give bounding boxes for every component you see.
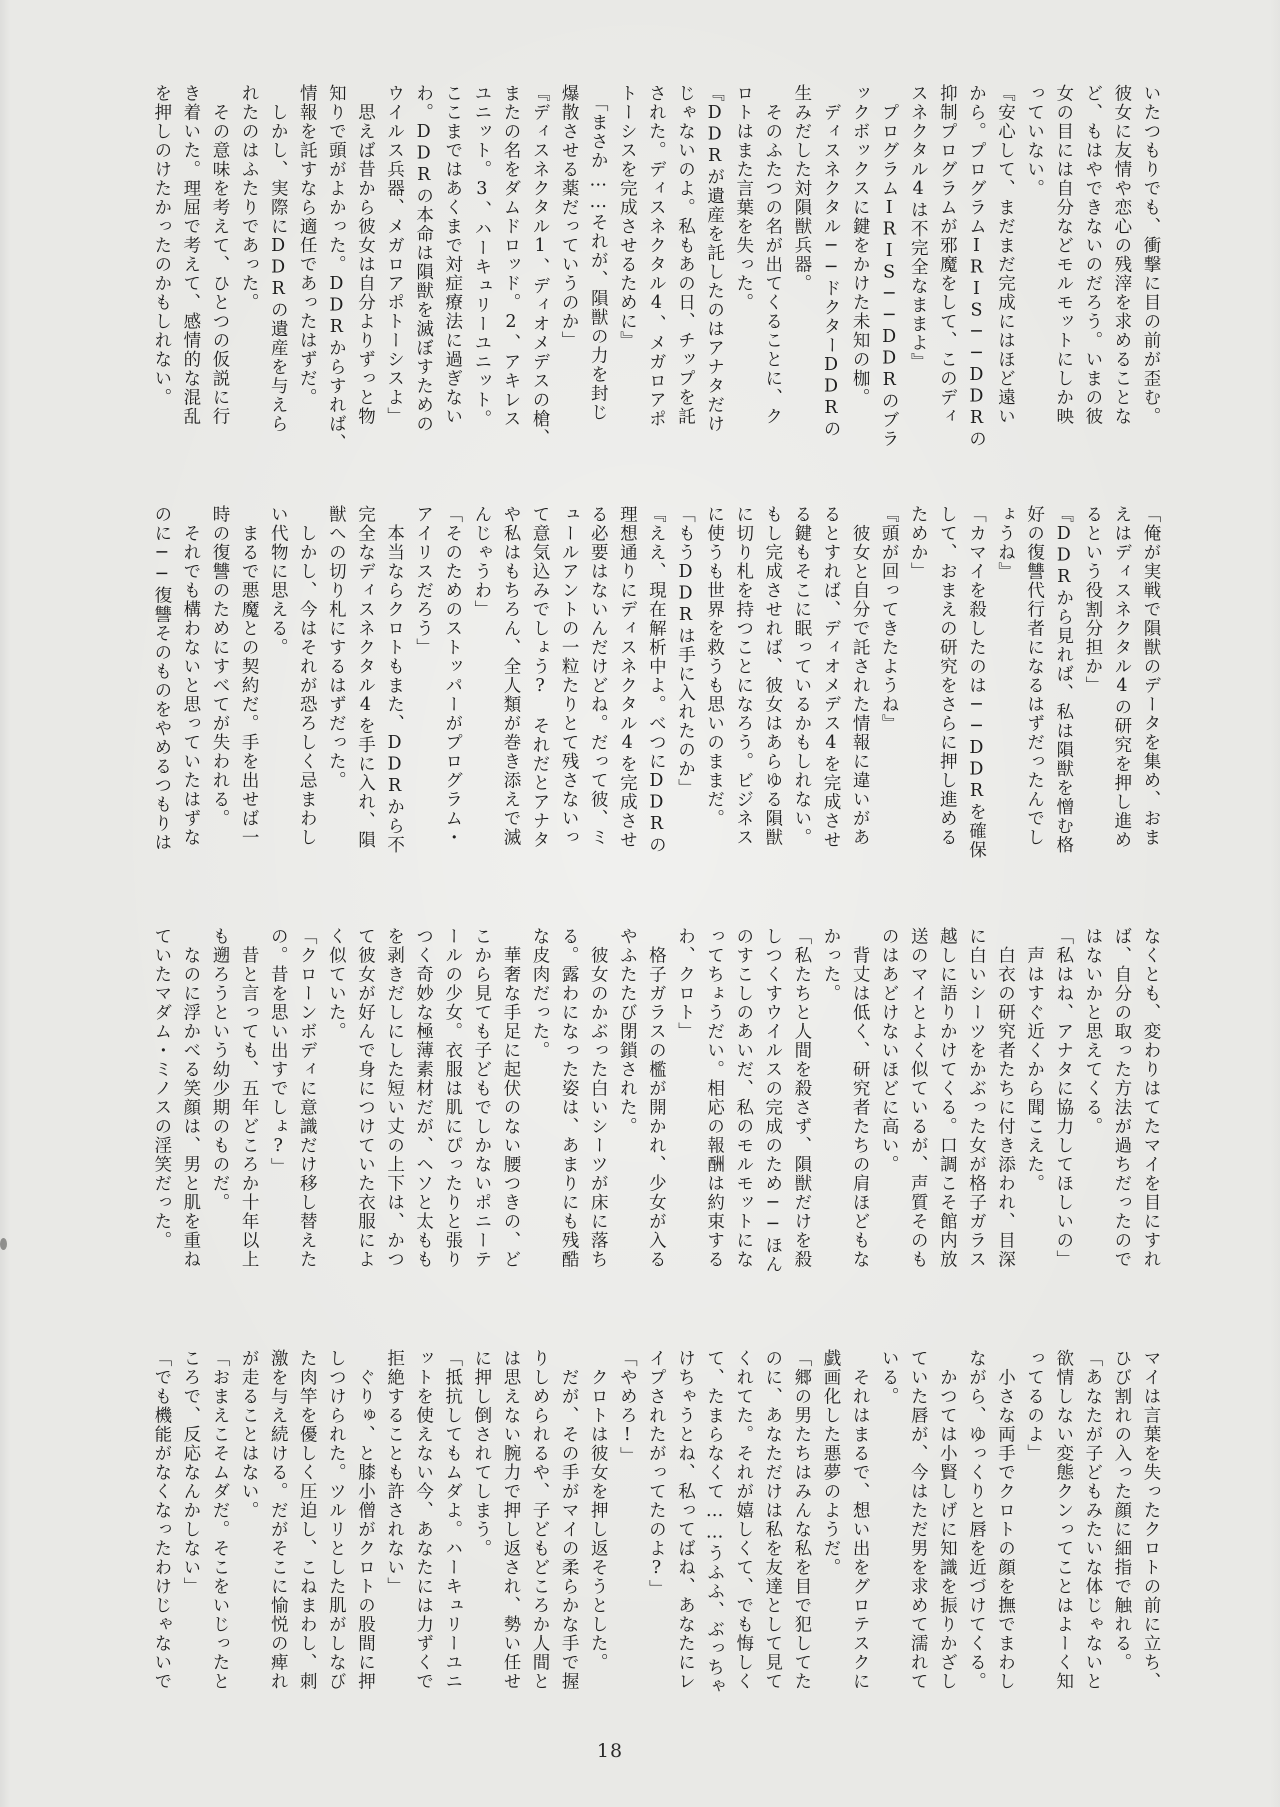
text-column: ころで、反応なんかしない」 (176, 1349, 205, 1721)
text-column: 「抵抗してもムダよ。ハーキュリーユニ (438, 1349, 467, 1721)
text-column: そのふたつの名が出てくることに、ク (758, 84, 787, 456)
text-column: その意味を考えて、ひとつの仮説に行 (205, 84, 234, 456)
text-column: き着いた。理屈で考えて、感情的な混乱 (176, 84, 205, 456)
text-column: 「でも機能がなくなったわけじゃないで (147, 1349, 176, 1721)
text-column: りしめられるや、子どもどころか人間と (525, 1349, 554, 1721)
text-column: から。プログラムIRIS──DDRの (961, 84, 990, 456)
text-column: 彼女と自分で託された情報に違いがあ (845, 505, 874, 877)
text-column: 背丈は低く、研究者たちの肩ほどもな (845, 927, 874, 1299)
text-column: 「クローンボディに意識だけ移し替えた (292, 927, 321, 1299)
text-column: んじゃうわ」 (467, 505, 496, 877)
text-column: ールの少女。衣服は肌にぴったりと張り (438, 927, 467, 1299)
text-column: まるで悪魔との契約だ。手を出せば一 (234, 505, 263, 877)
text-column: もし完成させれば、彼女はあらゆる隕獣 (758, 505, 787, 877)
text-column: いる。 (874, 1349, 903, 1721)
text-column: 好の復讐代行者になるはずだったんでし (1020, 505, 1049, 877)
text-column: て意気込みでしょう? それだとアナタ (525, 505, 554, 877)
text-column: 「郷の男たちはみんな私を目で犯してた (787, 1349, 816, 1721)
text-column: 欲情しない変態クンってことはよーく知 (1049, 1349, 1078, 1721)
text-column: に白いシーツをかぶった女が格子ガラス (961, 927, 990, 1299)
text-column: された。ディスネクタル4、メガロアポ (641, 84, 670, 456)
text-column: ば、自分の取った方法が過ちだったので (1107, 927, 1136, 1299)
text-column: けちゃうとね、私ってばね、あなたにレ (670, 1349, 699, 1721)
text-column: ディスネクタル──ドクターDDRの (816, 84, 845, 456)
text-column: ひび割れの入った顔に細指で触れる。 (1107, 1349, 1136, 1721)
text-column: 爆散させる薬だっていうのか」 (554, 84, 583, 456)
text-column: 「おまえこそムダだ。そこをいじったと (205, 1349, 234, 1721)
text-column: は思えない腕力で押し返され、勢い任せ (496, 1349, 525, 1721)
text-column: く似ていた。 (321, 927, 350, 1299)
text-column: しつけられた。ツルリとした肌がしなび (321, 1349, 350, 1721)
text-band-4: マイは言葉を失ったクロトの前に立ち、ひび割れの入った顔に細指で触れる。「あなたが… (141, 1349, 1165, 1725)
text-column: 彼女のかぶった白いシーツが床に落ち (583, 927, 612, 1299)
text-column: 彼女に友情や恋心の残滓を求めることな (1107, 84, 1136, 456)
text-column: のはあどけないほどに高い。 (874, 927, 903, 1299)
text-column: だが、その手がマイの柔らかな手で握 (554, 1349, 583, 1721)
text-column: またの名をダムドロッド。2、アキレス (496, 84, 525, 456)
text-column: 拒絶することも許されない」 (379, 1349, 408, 1721)
text-column: ってちょうだい。相応の報酬は約束する (700, 927, 729, 1299)
text-column: 白衣の研究者たちに付き添われ、目深 (990, 927, 1019, 1299)
text-column: プログラムIRIS──DDRのブラ (874, 84, 903, 456)
text-column: な皮肉だった。 (525, 927, 554, 1299)
text-column: 小さな両手でクロトの顔を撫でまわし (990, 1349, 1019, 1721)
text-column: 情報を託すなら適任であったはずだ。 (292, 84, 321, 456)
text-column: こから見ても子どもでしかないポニーテ (467, 927, 496, 1299)
text-column: トーシスを完成させるために』 (612, 84, 641, 456)
text-column: 本当ならクロトもまた、DDRから不 (379, 505, 408, 877)
text-column: して、おまえの研究をさらに押し進める (932, 505, 961, 877)
text-column: の。昔を思い出すでしょ?」 (263, 927, 292, 1299)
text-column: かつては小賢しげに知識を振りかざし (932, 1349, 961, 1721)
text-column: に使うも世界を救うも思いのままだ。 (700, 505, 729, 877)
text-column: ょうね』 (990, 505, 1019, 877)
text-column: る必要はないんだけどね。だって彼、ミ (583, 505, 612, 877)
text-column: くれてた。それが嬉しくて、でも悔しく (729, 1349, 758, 1721)
text-column: 華奢な手足に起伏のない腰つきの、ど (496, 927, 525, 1299)
text-column: 昔と言っても、五年どころか十年以上 (234, 927, 263, 1299)
text-column: しつくすウイルスの完成のため──ほん (758, 927, 787, 1299)
text-column: い代物に思える。 (263, 505, 292, 877)
text-column: っていない。 (1020, 84, 1049, 456)
text-column: るとすれば、ディオメデス4を完成させ (816, 505, 845, 877)
text-column: 「私たちと人間を殺さず、隕獣だけを殺 (787, 927, 816, 1299)
text-column: を押しのけたかったのかもしれない。 (147, 84, 176, 456)
text-column: るという役割分担か」 (1078, 505, 1107, 877)
text-column: 『安心して、まだまだ完成にはほど遠い (990, 84, 1019, 456)
text-column: 『DDRが遺産を託したのはアナタだけ (700, 84, 729, 456)
text-column: ためか」 (903, 505, 932, 877)
text-column: それはまるで、想い出をグロテスクに (845, 1349, 874, 1721)
text-column: 女の目には自分などモルモットにしか映 (1049, 84, 1078, 456)
text-column: 声はすぐ近くから聞こえた。 (1020, 927, 1049, 1299)
text-column: 完全なディスネクタル4を手に入れ、隕 (350, 505, 379, 877)
text-column: 知りで頭がよかった。DDRからすれば、 (321, 84, 350, 456)
text-column: アイリスだろう」 (409, 505, 438, 877)
text-column: て、たまらなくて……うふふ、ぶっちゃ (700, 1349, 729, 1721)
text-column: に切り札を持つことになろう。ビジネス (729, 505, 758, 877)
text-column: ユニット。3、ハーキュリーユニット。 (467, 84, 496, 456)
text-column: なのに浮かべる笑顔は、男と肌を重ね (176, 927, 205, 1299)
scanned-page: いたつもりでも、衝撃に目の前が歪む。彼女に友情や恋心の残滓を求めることなど、もは… (0, 0, 1280, 1807)
text-column: ウイルス兵器、メガロアポトーシスよ」 (379, 84, 408, 456)
text-column: ど、もはやできないのだろう。いまの彼 (1078, 84, 1107, 456)
text-column: た肉竿を優しく圧迫し、こねまわし、刺 (292, 1349, 321, 1721)
text-column: ロトはまた言葉を失った。 (729, 84, 758, 456)
text-column: ってるのよ」 (1020, 1349, 1049, 1721)
text-column: ぐりゅ、と膝小僧がクロトの股間に押 (350, 1349, 379, 1721)
text-column: 「やめろ!」 (612, 1349, 641, 1721)
text-column: ていた唇が、今はただ男を求めて濡れて (903, 1349, 932, 1721)
text-column: 時の復讐のためにすべてが失われる。 (205, 505, 234, 877)
text-column: わ。DDRの本命は隕獣を滅ぼすための (409, 84, 438, 456)
text-column: 格子ガラスの檻が開かれ、少女が入る (641, 927, 670, 1299)
text-column: 越しに語りかけてくる。口調こそ館内放 (932, 927, 961, 1299)
text-band-1: いたつもりでも、衝撃に目の前が歪む。彼女に友情や恋心の残滓を求めることなど、もは… (141, 84, 1165, 460)
text-column: 「あなたが子どもみたいな体じゃないと (1078, 1349, 1107, 1721)
text-column: 『頭が回ってきたようね』 (874, 505, 903, 877)
text-column: ックボックスに鍵をかけた未知の枷。 (845, 84, 874, 456)
text-column: ュールアントの一粒たりとて残さないっ (554, 505, 583, 877)
text-column: それでも構わないと思っていたはずな (176, 505, 205, 877)
text-column: を剥きだしにした短い丈の上下は、かつ (379, 927, 408, 1299)
text-column: じゃないのよ。私もあの日、チップを託 (670, 84, 699, 456)
text-column: かった。 (816, 927, 845, 1299)
text-column: えはディスネクタル4の研究を押し進め (1107, 505, 1136, 877)
text-column: わ、クロト」 (670, 927, 699, 1299)
page-number: 18 (0, 1740, 1220, 1762)
text-column: 抑制プログラムが邪魔をして、このディ (932, 84, 961, 456)
text-column: る。露わになった姿は、あまりにも残酷 (554, 927, 583, 1299)
text-column: つく奇妙な極薄素材だが、ヘソと太もも (409, 927, 438, 1299)
text-column: のに──復讐そのものをやめるつもりは (147, 505, 176, 877)
text-column: 戯画化した悪夢のようだ。 (816, 1349, 845, 1721)
text-column: ていたマダム・ミノスの淫笑だった。 (147, 927, 176, 1299)
text-column: 「まさか……それが、隕獣の力を封じ (583, 84, 612, 456)
text-column: て彼女が好んで身につけていた衣服によ (350, 927, 379, 1299)
text-column: 『ええ、現在解析中よ。べつにDDRの (641, 505, 670, 877)
scan-speck (0, 1238, 7, 1250)
text-column: マイは言葉を失ったクロトの前に立ち、 (1136, 1349, 1165, 1721)
text-column: る鍵もそこに眠っているかもしれない。 (787, 505, 816, 877)
text-column: ットを使えない今、あなたには力ずくで (409, 1349, 438, 1721)
text-column: 理想通りにディスネクタル4を完成させ (612, 505, 641, 877)
text-band-3: なくとも、変わりはてたマイを目にすれば、自分の取った方法が過ちだったのではないか… (141, 927, 1165, 1303)
text-column: 獣への切り札にするはずだった。 (321, 505, 350, 877)
text-column: ここまではあくまで対症療法に過ぎない (438, 84, 467, 456)
text-column: 『ディスネクタル1、ディオメデスの槍、 (525, 84, 554, 456)
text-column: 思えば昔から彼女は自分よりずっと物 (350, 84, 379, 456)
text-column: いたつもりでも、衝撃に目の前が歪む。 (1136, 84, 1165, 456)
text-column: れたのはふたりであった。 (234, 84, 263, 456)
text-column: 「カマイを殺したのは──DDRを確保 (961, 505, 990, 877)
text-column: はないかと思えてくる。 (1078, 927, 1107, 1299)
text-column: 『DDRから見れば、私は隕獣を憎む格 (1049, 505, 1078, 877)
text-column: や私はもちろん、全人類が巻き添えで滅 (496, 505, 525, 877)
text-column: も遡ろうという幼少期のものだ。 (205, 927, 234, 1299)
text-band-2: 「俺が実戦で隕獣のデータを集め、おまえはディスネクタル4の研究を押し進めるという… (141, 505, 1165, 881)
text-column: なくとも、変わりはてたマイを目にすれ (1136, 927, 1165, 1299)
text-column: 激を与え続ける。だがそこに愉悦の痺れ (263, 1349, 292, 1721)
text-column: スネクタル4は不完全なままよ』 (903, 84, 932, 456)
text-column: しかし、今はそれが恐ろしく忌まわし (292, 505, 321, 877)
text-column: ながら、ゆっくりと唇を近づけてくる。 (961, 1349, 990, 1721)
text-column: 「私はね、アナタに協力してほしいの」 (1049, 927, 1078, 1299)
text-column: 「そのためのストッパーがプログラム・ (438, 505, 467, 877)
text-column: 生みだした対隕獣兵器。 (787, 84, 816, 456)
text-column: が走ることはない。 (234, 1349, 263, 1721)
text-column: のに、あなただけは私を友達として見て (758, 1349, 787, 1721)
text-column: クロトは彼女を押し返そうとした。 (583, 1349, 612, 1721)
text-column: 「もうDDRは手に入れたのか」 (670, 505, 699, 877)
text-column: イプされたがってたのよ?」 (641, 1349, 670, 1721)
text-column: のすこしのあいだ、私のモルモットにな (729, 927, 758, 1299)
text-column: 送のマイとよく似ているが、声質そのも (903, 927, 932, 1299)
text-column: に押し倒されてしまう。 (467, 1349, 496, 1721)
text-column: やふたたび閉鎖された。 (612, 927, 641, 1299)
text-column: しかし、実際にDDRの遺産を与えら (263, 84, 292, 456)
text-column: 「俺が実戦で隕獣のデータを集め、おま (1136, 505, 1165, 877)
